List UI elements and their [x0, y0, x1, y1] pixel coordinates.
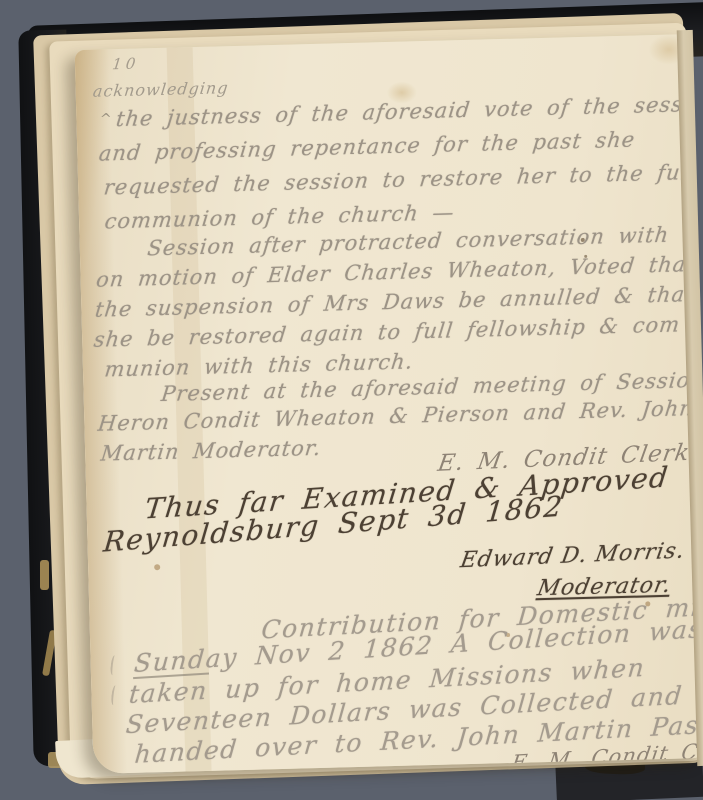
photo-of-record-book: 10 acknowledging ^ the justness of the a… — [0, 0, 703, 800]
manuscript-page: 10 acknowledging ^ the justness of the a… — [75, 34, 703, 774]
moderator-signature: Edward D. Morris. — [458, 538, 686, 573]
manuscript-line: communion of the church — — [103, 200, 455, 233]
caret-mark: ^ — [99, 111, 113, 127]
spine-fray — [40, 560, 49, 590]
ink-speck — [154, 564, 160, 570]
page-number: 10 — [111, 54, 140, 73]
insertion-word: acknowledging — [92, 78, 230, 101]
manuscript-line: Martin Moderator. — [100, 436, 323, 466]
